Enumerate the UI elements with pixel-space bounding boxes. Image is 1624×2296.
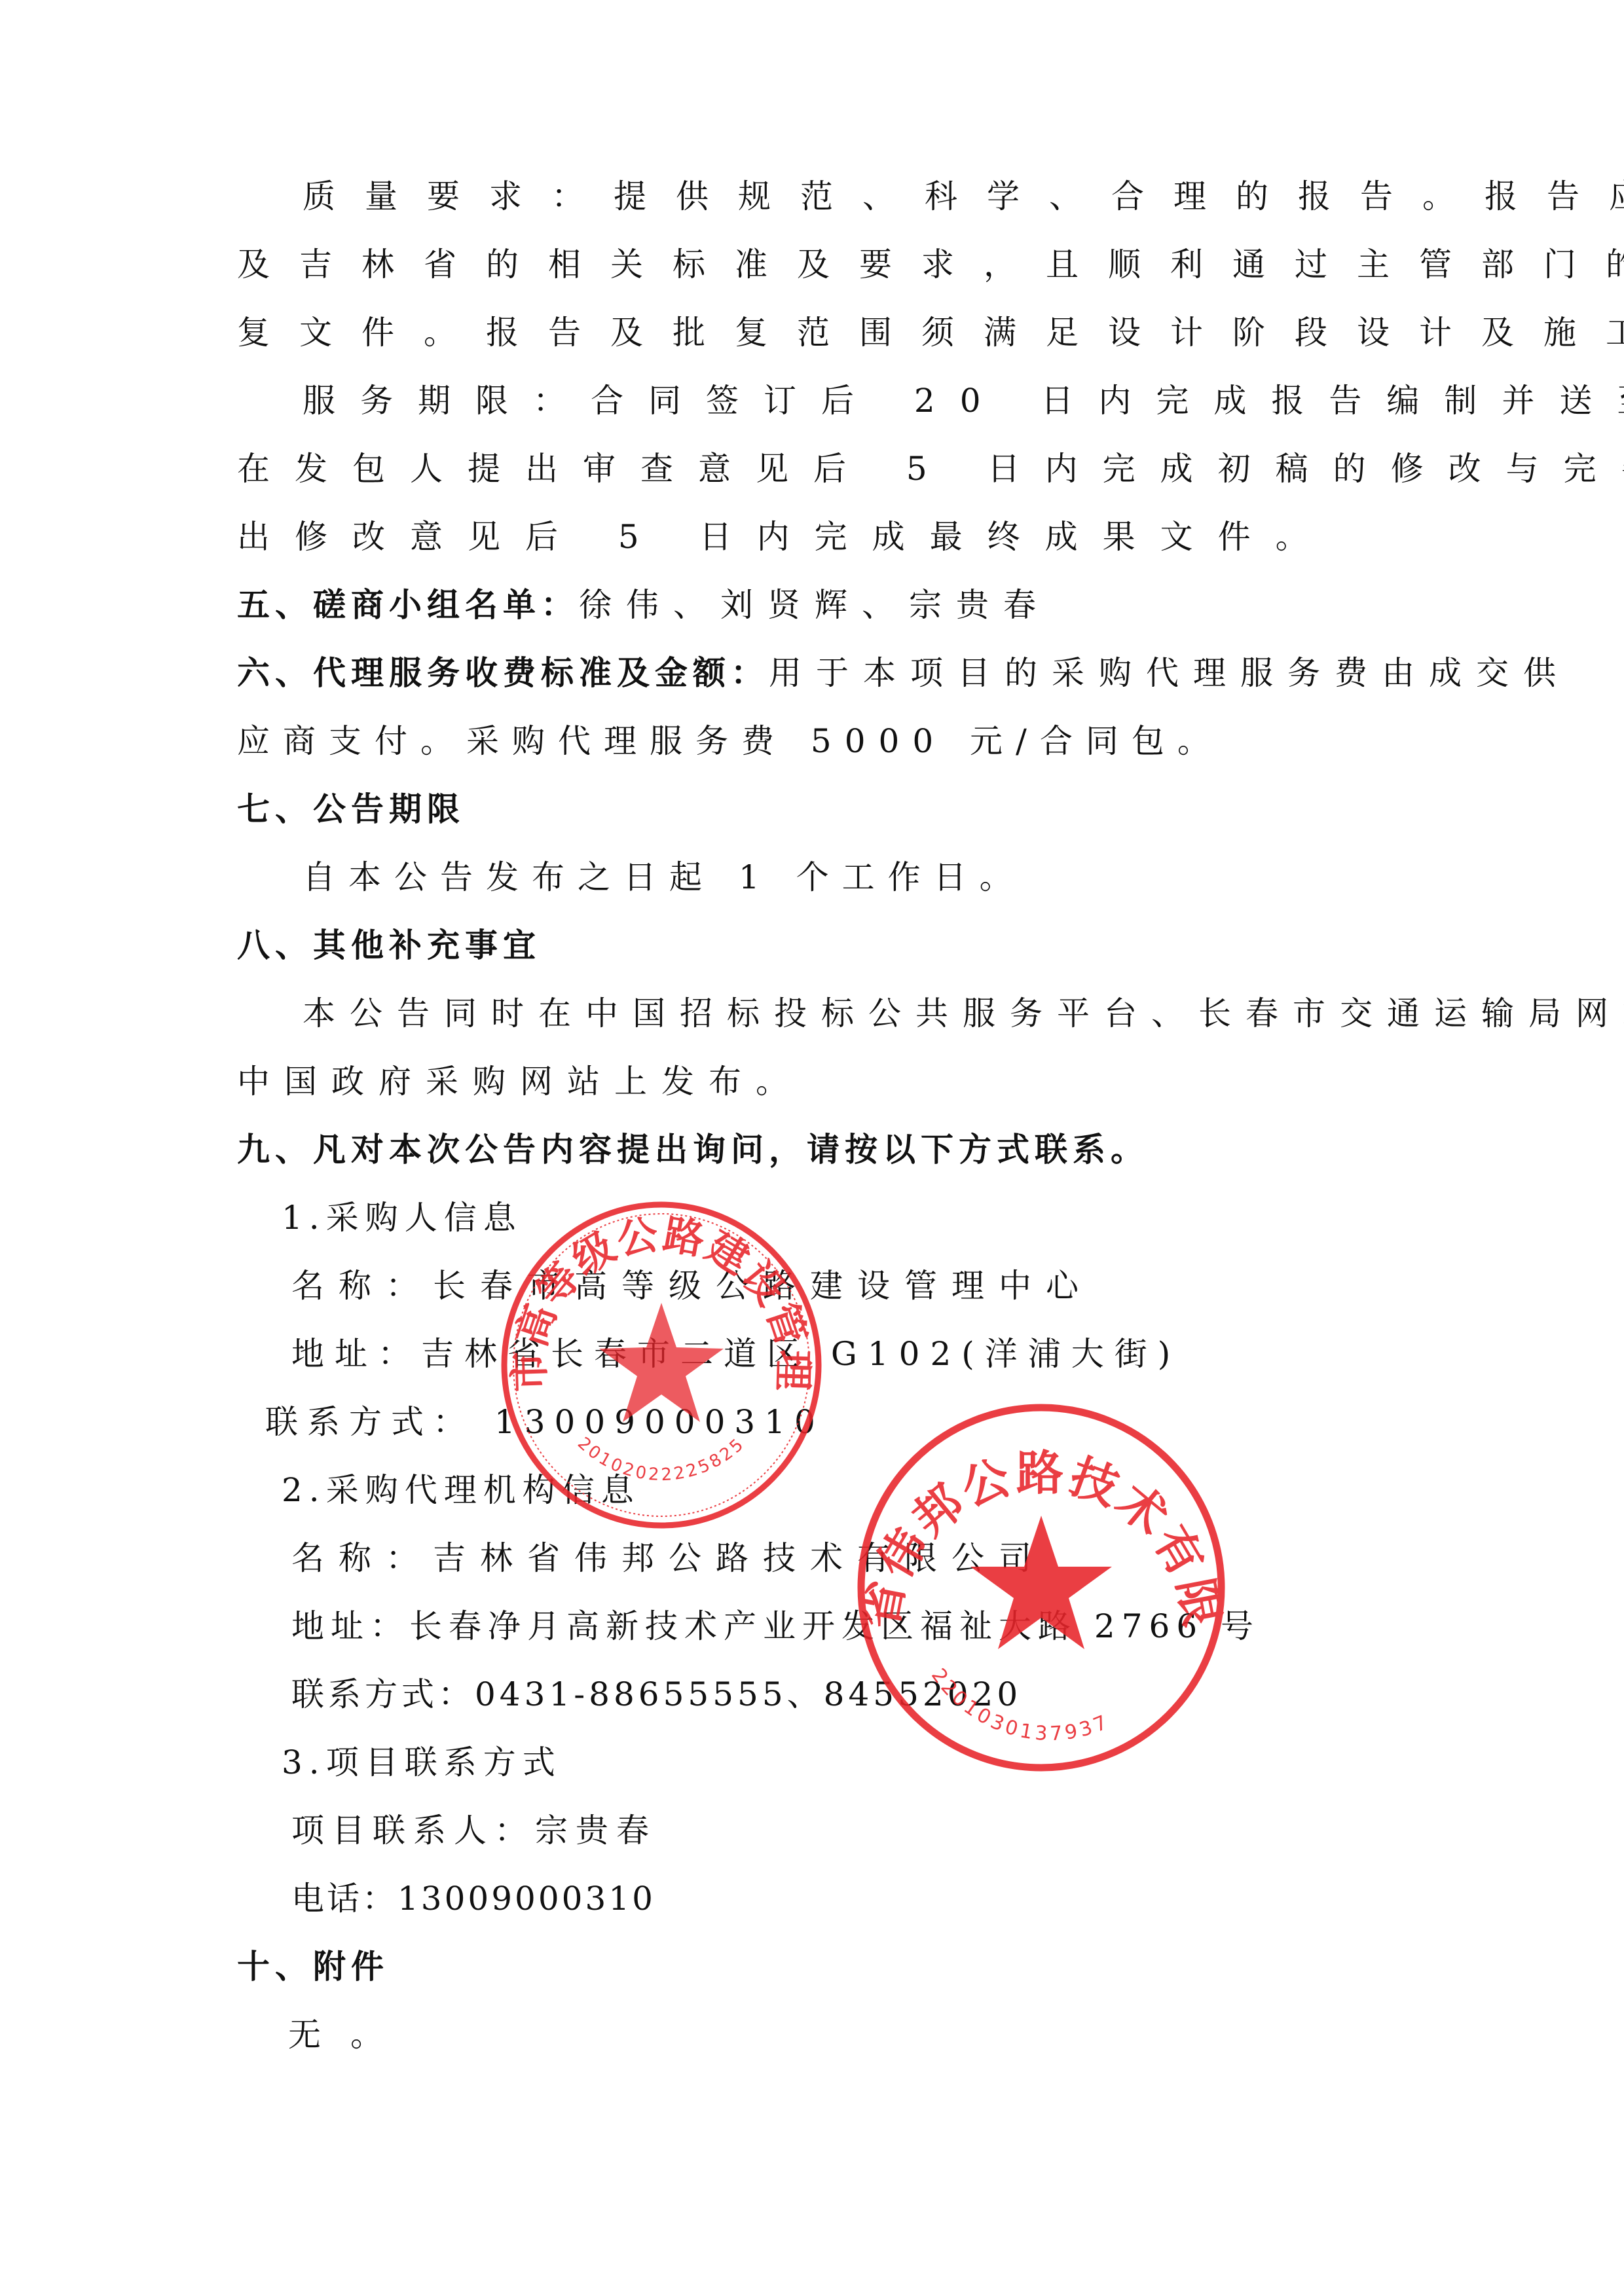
quality-line-1: 质量要求：提供规范、科学、合理的报告。报告应符合国家、行业 xyxy=(303,177,1624,216)
project-contact-phone: 电话：13009000310 xyxy=(291,1879,655,1918)
section5-heading: 五、磋商小组名单： xyxy=(237,586,579,624)
purchaser-address: 地址：吉林省长春市二道区 G102(洋浦大街) xyxy=(291,1334,1181,1374)
quality-line-3: 复文件。报告及批复范围须满足设计阶段设计及施工阶段施工要求。 xyxy=(237,313,1624,352)
purchaser-name: 名称：长春市高等级公路建设管理中心 xyxy=(291,1266,1093,1305)
section10-content: 无。 xyxy=(288,2015,413,2054)
section7-heading: 七、公告期限 xyxy=(237,790,465,829)
section7-content: 自本公告发布之日起 1 个工作日。 xyxy=(303,858,1025,897)
agency-contact: 联系方式：0431-88655555、84552020 xyxy=(291,1675,1022,1714)
section6-content-line-2: 应商支付。采购代理服务费 5000 元/合同包。 xyxy=(237,721,1223,761)
service-period-line-1: 服务期限：合同签订后 20 日内完成报告编制并送至发包人处审查， xyxy=(303,381,1624,420)
section5: 五、磋商小组名单：徐伟、刘贤辉、宗贵春 xyxy=(237,585,1050,625)
purchaser-title: 1.采购人信息 xyxy=(282,1198,523,1237)
section6-content-line-1: 用于本项目的采购代理服务费由成交供 xyxy=(769,654,1570,692)
service-period-line-2: 在发包人提出审查意见后 5 日内完成初稿的修改与完善，在审批部门提 xyxy=(237,449,1624,488)
section8-heading: 八、其他补充事宜 xyxy=(237,926,541,965)
agency-official-seal: 吉林省伟邦公路技术有限公司 2201030137937 xyxy=(851,1398,1231,1777)
section8-content-line-2: 中国政府采购网站上发布。 xyxy=(237,1062,803,1101)
section9-heading: 九、凡对本次公告内容提出询问，请按以下方式联系。 xyxy=(237,1130,1149,1169)
section6-heading: 六、代理服务收费标准及金额： xyxy=(237,654,769,692)
project-contact-person: 项目联系人：宗贵春 xyxy=(291,1811,657,1850)
quality-line-2: 及吉林省的相关标准及要求，且顺利通过主管部门的评审并最终取得批 xyxy=(237,245,1624,284)
agency-title: 2.采购代理机构信息 xyxy=(282,1470,640,1510)
section5-content: 徐伟、刘贤辉、宗贵春 xyxy=(579,586,1050,624)
agency-address: 地址：长春净月高新技术产业开发区福祉大路 2766 号 xyxy=(291,1607,1260,1646)
section6: 六、代理服务收费标准及金额：用于本项目的采购代理服务费由成交供 xyxy=(237,653,1570,693)
agency-name: 名称：吉林省伟邦公路技术有限公司 xyxy=(291,1539,1046,1578)
section8-content-line-1: 本公告同时在中国招标投标公共服务平台、长春市交通运输局网站、 xyxy=(303,994,1624,1033)
svg-text:吉林省伟邦公路技术有限公司: 吉林省伟邦公路技术有限公司 xyxy=(851,1398,1230,1633)
purchaser-contact: 联系方式： 13009000310 xyxy=(265,1402,824,1442)
project-contact-title: 3.项目联系方式 xyxy=(282,1743,562,1782)
document-page: 质量要求：提供规范、科学、合理的报告。报告应符合国家、行业 及吉林省的相关标准及… xyxy=(0,0,1624,2296)
seal-stamp-icon: 吉林省伟邦公路技术有限公司 2201030137937 xyxy=(851,1398,1231,1777)
service-period-line-3: 出修改意见后 5 日内完成最终成果文件。 xyxy=(237,517,1333,556)
section10-heading: 十、附件 xyxy=(237,1947,389,1986)
